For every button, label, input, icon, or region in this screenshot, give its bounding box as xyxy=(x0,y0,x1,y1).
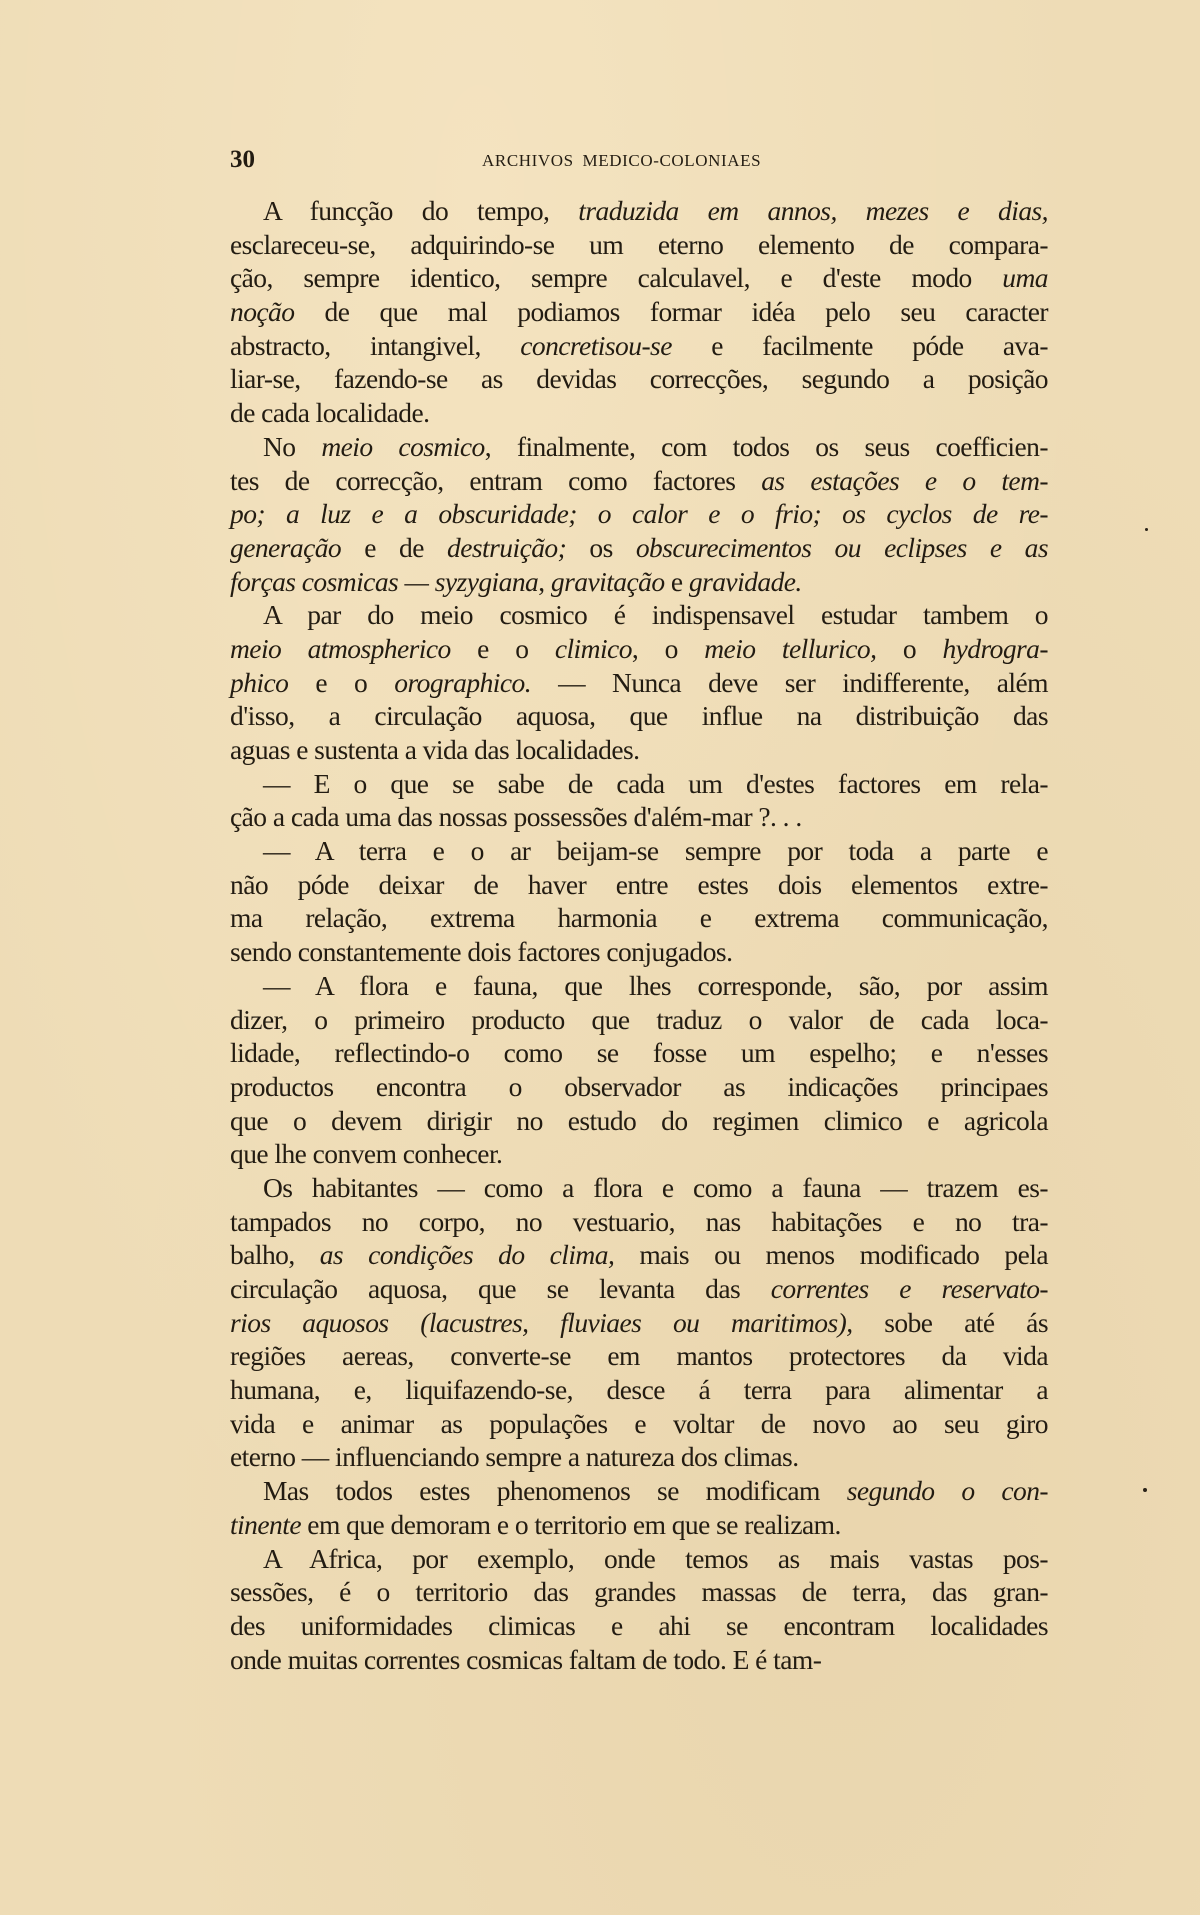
running-head: 30 ARCHIVOS MEDICO-COLONIAES xyxy=(230,146,1048,176)
text-line: dizer, o primeiro producto que traduz o … xyxy=(230,1003,1048,1037)
italic-phrase: concretisou-se xyxy=(520,330,672,361)
italic-phrase: noção xyxy=(230,296,294,327)
italic-phrase: gravidade. xyxy=(689,566,802,597)
italic-phrase: correntes e reservato- xyxy=(771,1273,1048,1304)
text-line: esclareceu-se, adquirindo-se um eterno e… xyxy=(230,228,1048,262)
italic-phrase: as estações e o tem- xyxy=(761,465,1048,496)
text-line: tinente em que demoram e o territorio em… xyxy=(230,1508,1048,1542)
ink-speck xyxy=(1145,528,1148,531)
italic-phrase: generação xyxy=(230,532,341,563)
text-line: tes de correcção, entram como factores a… xyxy=(230,464,1048,498)
italic-phrase: orographico. xyxy=(394,667,531,698)
text-line: lidade, reflectindo-o como se fosse um e… xyxy=(230,1036,1048,1070)
text-line: productos encontra o observador as indic… xyxy=(230,1070,1048,1104)
text-line: A Africa, por exemplo, onde temos as mai… xyxy=(230,1542,1048,1576)
body-text: A funcção do tempo, traduzida em annos, … xyxy=(230,194,1048,1676)
italic-phrase: uma xyxy=(1002,262,1048,293)
italic-phrase: rios aquosos (lacustres, fluviaes ou mar… xyxy=(230,1307,853,1338)
text-line: ma relação, extrema harmonia e extrema c… xyxy=(230,901,1048,935)
italic-phrase: climico xyxy=(555,633,632,664)
text-line: po; a luz e a obscuridade; o calor e o f… xyxy=(230,497,1048,531)
paragraph: No meio cosmico, finalmente, com todos o… xyxy=(230,430,1048,598)
italic-phrase: hydrogra- xyxy=(942,633,1048,664)
text-line: — A terra e o ar beijam-se sempre por to… xyxy=(230,834,1048,868)
italic-phrase: as condições do clima, xyxy=(320,1239,615,1270)
text-line: eterno — influenciando sempre a natureza… xyxy=(230,1440,1048,1474)
paragraph: Mas todos estes phenomenos se modificam … xyxy=(230,1474,1048,1541)
text-line: liar-se, fazendo-se as devidas correcçõe… xyxy=(230,362,1048,396)
text-line: noção de que mal podiamos formar idéa pe… xyxy=(230,295,1048,329)
italic-phrase: meio atmospherico xyxy=(230,633,451,664)
text-line: vida e animar as populações e voltar de … xyxy=(230,1407,1048,1441)
text-line: — A flora e fauna, que lhes corresponde,… xyxy=(230,969,1048,1003)
text-line: des uniformidades climicas e ahi se enco… xyxy=(230,1609,1048,1643)
italic-phrase: po; a luz e a obscuridade; o calor e o f… xyxy=(230,498,1048,529)
text-line: No meio cosmico, finalmente, com todos o… xyxy=(230,430,1048,464)
paragraph: A funcção do tempo, traduzida em annos, … xyxy=(230,194,1048,430)
text-line: forças cosmicas — syzygiana, gravitação … xyxy=(230,565,1048,599)
italic-phrase: gravitação xyxy=(551,566,665,597)
text-line: humana, e, liquifazendo-se, desce á terr… xyxy=(230,1373,1048,1407)
text-line: Mas todos estes phenomenos se modificam … xyxy=(230,1474,1048,1508)
text-line: abstracto, intangivel, concretisou-se e … xyxy=(230,329,1048,363)
text-line: — E o que se sabe de cada um d'estes fac… xyxy=(230,767,1048,801)
text-line: meio atmospherico e o climico, o meio te… xyxy=(230,632,1048,666)
paragraph: — A flora e fauna, que lhes corresponde,… xyxy=(230,969,1048,1171)
paragraph: Os habitantes — como a flora e como a fa… xyxy=(230,1171,1048,1474)
journal-title: ARCHIVOS MEDICO-COLONIAES xyxy=(482,151,761,171)
text-line: d'isso, a circulação aquosa, que influe … xyxy=(230,699,1048,733)
text-line: aguas e sustenta a vida das localidades. xyxy=(230,733,1048,767)
italic-phrase: meio cosmico xyxy=(321,431,484,462)
text-line: phico e o orographico. — Nunca deve ser … xyxy=(230,666,1048,700)
text-line: ção a cada uma das nossas possessões d'a… xyxy=(230,800,1048,834)
text-line: generação e de destruição; os obscurecim… xyxy=(230,531,1048,565)
text-line: rios aquosos (lacustres, fluviaes ou mar… xyxy=(230,1306,1048,1340)
ink-speck xyxy=(1143,1488,1147,1492)
italic-phrase: phico xyxy=(230,667,288,698)
text-line: A funcção do tempo, traduzida em annos, … xyxy=(230,194,1048,228)
text-line: onde muitas correntes cosmicas faltam de… xyxy=(230,1643,1048,1677)
scanned-book-page: 30 ARCHIVOS MEDICO-COLONIAES A funcção d… xyxy=(0,0,1200,1915)
text-line: tampados no corpo, no vestuario, nas hab… xyxy=(230,1205,1048,1239)
page-number: 30 xyxy=(230,146,255,174)
text-line: ção, sempre identico, sempre calculavel,… xyxy=(230,261,1048,295)
text-line: de cada localidade. xyxy=(230,396,1048,430)
text-line: regiões aereas, converte-se em mantos pr… xyxy=(230,1339,1048,1373)
italic-phrase: traduzida em annos, mezes e dias, xyxy=(578,195,1048,226)
italic-phrase: tinente xyxy=(230,1509,301,1540)
text-line: que o devem dirigir no estudo do regimen… xyxy=(230,1104,1048,1138)
italic-phrase: obscurecimentos ou eclipses e as xyxy=(636,532,1048,563)
text-line: não póde deixar de haver entre estes doi… xyxy=(230,868,1048,902)
text-line: A par do meio cosmico é indispensavel es… xyxy=(230,598,1048,632)
paragraph: A Africa, por exemplo, onde temos as mai… xyxy=(230,1542,1048,1677)
text-line: circulação aquosa, que se levanta das co… xyxy=(230,1272,1048,1306)
paragraph: A par do meio cosmico é indispensavel es… xyxy=(230,598,1048,766)
italic-phrase: meio tellurico, xyxy=(704,633,876,664)
italic-phrase: forças cosmicas — syzygiana xyxy=(230,566,538,597)
paragraph: — E o que se sabe de cada um d'estes fac… xyxy=(230,767,1048,834)
paragraph: — A terra e o ar beijam-se sempre por to… xyxy=(230,834,1048,969)
text-line: balho, as condições do clima, mais ou me… xyxy=(230,1238,1048,1272)
text-line: Os habitantes — como a flora e como a fa… xyxy=(230,1171,1048,1205)
italic-phrase: destruição; xyxy=(447,532,566,563)
text-line: que lhe convem conhecer. xyxy=(230,1137,1048,1171)
text-line: sessões, é o territorio das grandes mass… xyxy=(230,1575,1048,1609)
text-line: sendo constantemente dois factores conju… xyxy=(230,935,1048,969)
italic-phrase: segundo o con- xyxy=(847,1475,1048,1506)
